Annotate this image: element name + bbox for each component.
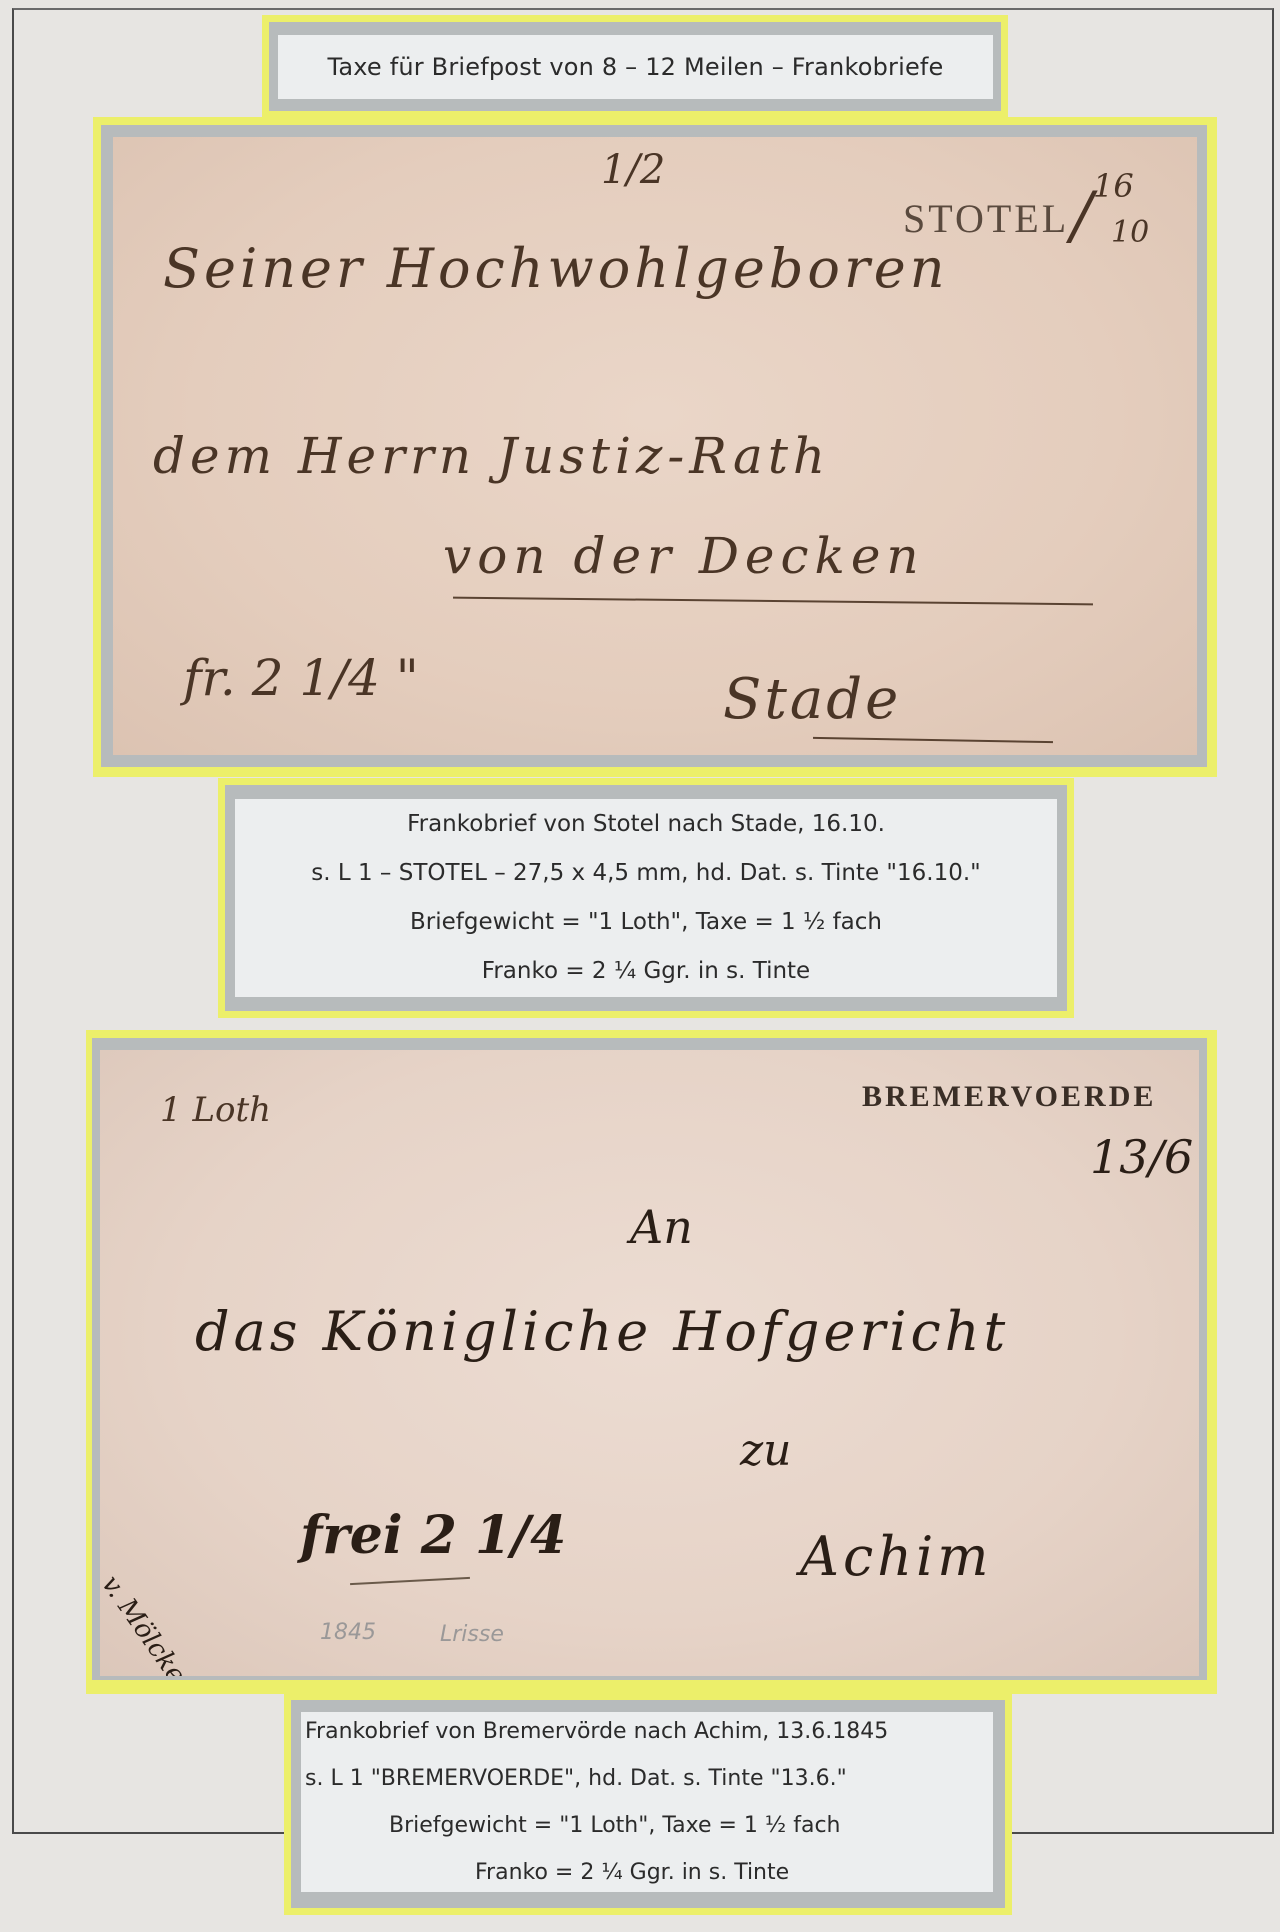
cover-2-caption: Frankobrief von Bremervörde nach Achim, … xyxy=(301,1712,993,1892)
cover-1-caption-line-3: Briefgewicht = "1 Loth", Taxe = 1 ½ fach xyxy=(410,898,882,947)
cover-1-caption: Frankobrief von Stotel nach Stade, 16.10… xyxy=(235,799,1057,997)
cover-2-destination: Achim xyxy=(800,1525,993,1588)
cover-1-caption-line-1: Frankobrief von Stotel nach Stade, 16.10… xyxy=(407,800,885,849)
cover-2-franko-underline xyxy=(350,1577,470,1585)
cover-2-address-line-3: zu xyxy=(740,1425,792,1476)
cover-1-caption-mount: Frankobrief von Stotel nach Stade, 16.10… xyxy=(218,778,1074,1018)
cover-2-address-line-2: das Königliche Hofgericht xyxy=(195,1300,1009,1363)
cover-2-mount: 1 Loth BREMERVOERDE 13/6 An das Königlic… xyxy=(86,1030,1217,1694)
page-title: Taxe für Briefpost von 8 – 12 Meilen – F… xyxy=(327,53,943,81)
cover-1-weight-mark: 1/2 xyxy=(601,147,665,193)
cover-2-caption-mount: Frankobrief von Bremervörde nach Achim, … xyxy=(284,1693,1012,1915)
title-label: Taxe für Briefpost von 8 – 12 Meilen – F… xyxy=(278,35,993,99)
cover-1-caption-line-4: Franko = 2 ¼ Ggr. in s. Tinte xyxy=(482,947,810,996)
cover-1-date-bottom: 10 xyxy=(1111,215,1149,250)
cover-1-address-line-2: dem Herrn Justiz-Rath xyxy=(153,427,830,485)
cover-1-envelope: 1/2 STOTEL 16 / 10 Seiner Hochwohlgebore… xyxy=(113,137,1197,755)
cover-2-caption-line-3: Briefgewicht = "1 Loth", Taxe = 1 ½ fach xyxy=(305,1802,840,1849)
cover-2-address-line-1: An xyxy=(630,1200,693,1254)
cover-2-weight-mark: 1 Loth xyxy=(160,1090,271,1130)
cover-1-date-top: 16 xyxy=(1093,167,1134,205)
cover-2-sender-note: v. Mölcken xyxy=(100,1570,201,1676)
cover-2-envelope: 1 Loth BREMERVOERDE 13/6 An das Königlic… xyxy=(100,1050,1199,1676)
cover-2-caption-line-1: Frankobrief von Bremervörde nach Achim, … xyxy=(305,1708,888,1755)
cover-1-postmark: STOTEL xyxy=(903,195,1069,242)
cover-1-mount: 1/2 STOTEL 16 / 10 Seiner Hochwohlgebore… xyxy=(93,117,1217,777)
cover-2-franko-mark: frei 2 1/4 xyxy=(300,1505,566,1566)
cover-1-address-line-1: Seiner Hochwohlgeboren xyxy=(163,237,949,300)
cover-1-name-underline xyxy=(453,597,1093,606)
cover-2-pencil-note: Lrisse xyxy=(440,1622,504,1647)
cover-2-pencil-year: 1845 xyxy=(320,1620,376,1645)
cover-1-caption-line-2: s. L 1 – STOTEL – 27,5 x 4,5 mm, hd. Dat… xyxy=(311,849,980,898)
cover-2-caption-line-4: Franko = 2 ¼ Ggr. in s. Tinte xyxy=(305,1849,789,1896)
cover-2-date: 13/6 xyxy=(1090,1130,1193,1184)
cover-2-caption-line-2: s. L 1 "BREMERVOERDE", hd. Dat. s. Tinte… xyxy=(305,1755,847,1802)
cover-1-franko-mark: fr. 2 1/4 " xyxy=(183,649,419,707)
title-mount: Taxe für Briefpost von 8 – 12 Meilen – F… xyxy=(262,15,1008,118)
cover-1-destination-underline xyxy=(813,737,1053,743)
cover-1-destination: Stade xyxy=(723,667,901,732)
cover-1-date-slash: / xyxy=(1071,179,1093,253)
cover-1-address-line-3: von der Decken xyxy=(443,527,925,585)
cover-2-postmark: BREMERVOERDE xyxy=(862,1080,1156,1114)
